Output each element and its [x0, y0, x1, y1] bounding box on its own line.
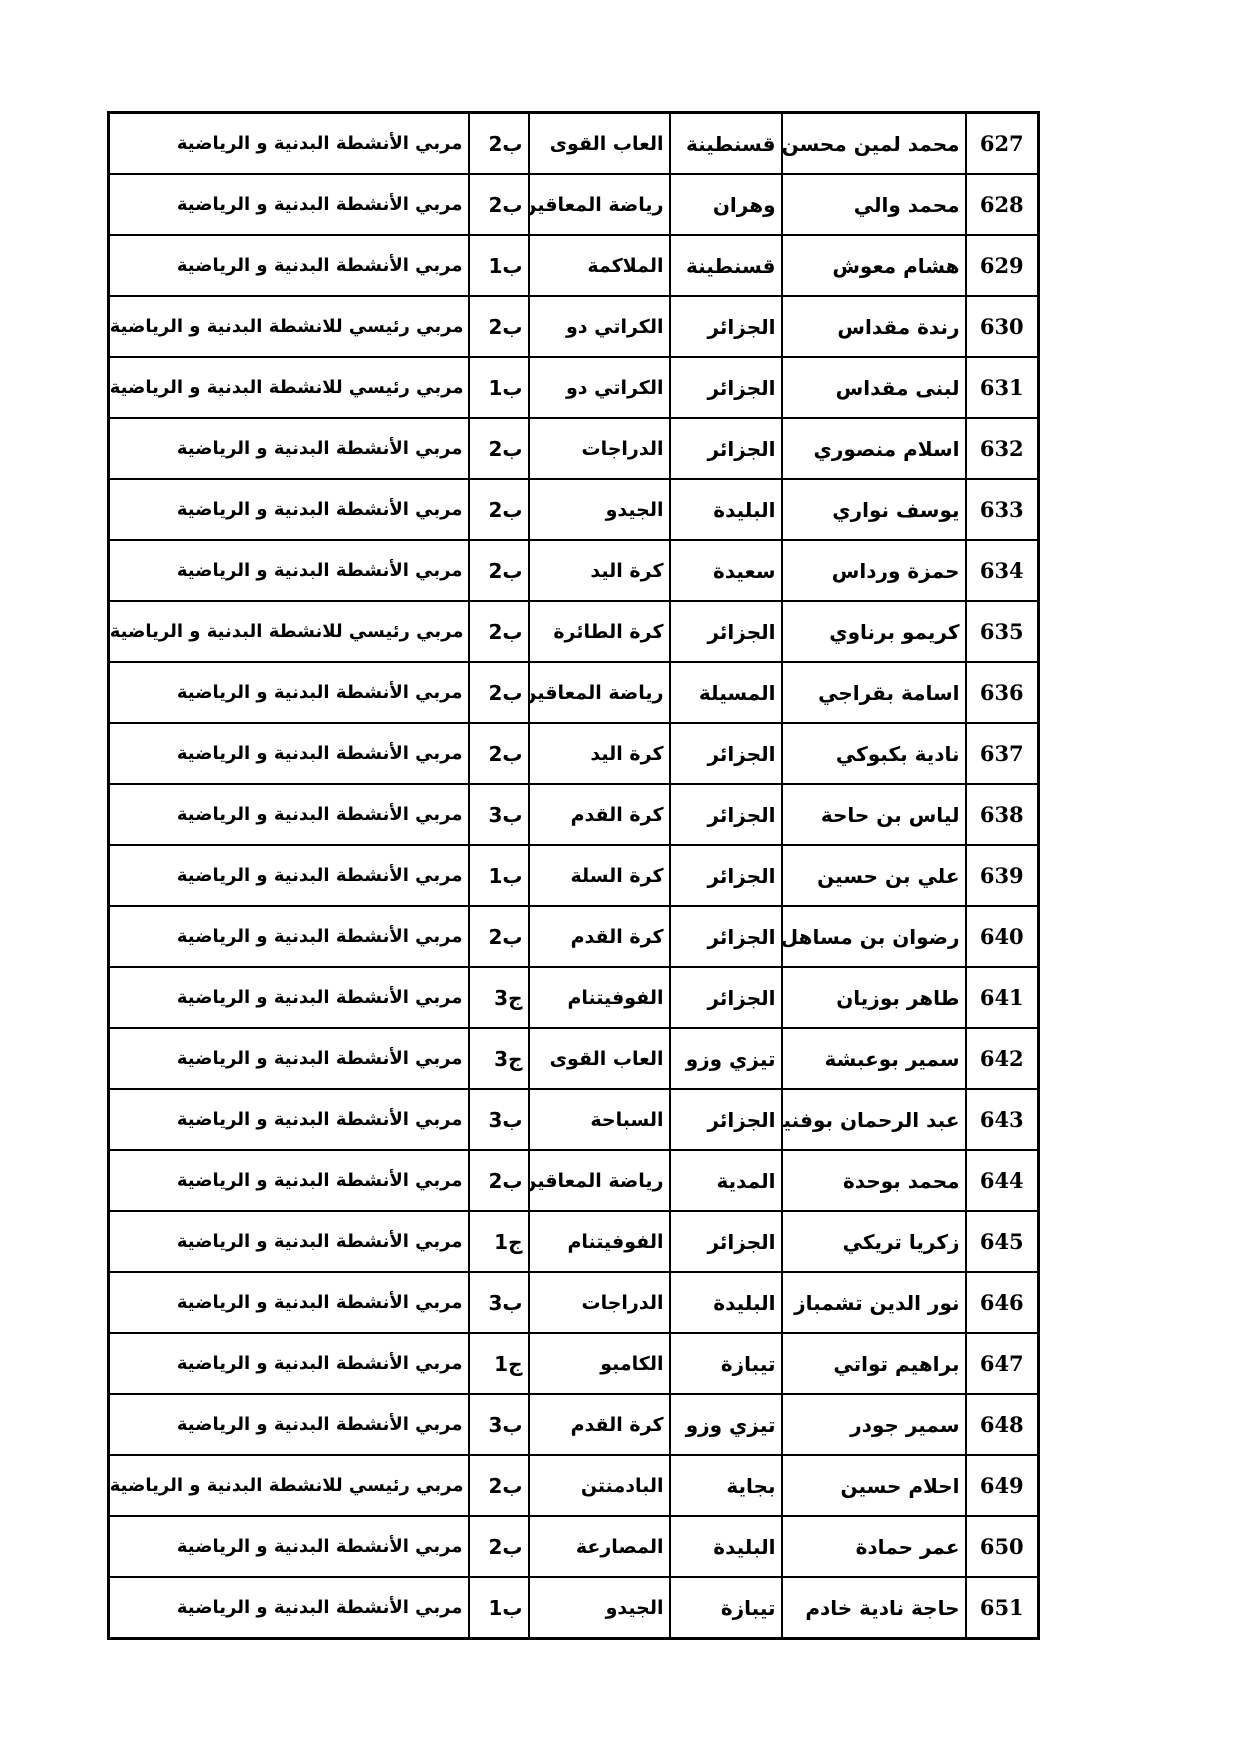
cell-grade: ج3: [469, 1028, 529, 1089]
cell-sport: رياضة المعاقين: [529, 1150, 670, 1211]
cell-wilaya: سعيدة: [670, 540, 782, 601]
cell-person-name: عمر حمادة: [782, 1516, 966, 1577]
cell-job-title: مربي الأنشطة البدنية و الرياضية: [109, 1211, 469, 1272]
cell-wilaya: قسنطينة: [670, 235, 782, 296]
cell-grade: ب1: [469, 235, 529, 296]
table-row: 637 نادية بكبوكي الجزائر كرة اليد ب2 مرب…: [109, 723, 1039, 784]
cell-person-name: محمد لمين محسن: [782, 113, 966, 175]
cell-grade: ب2: [469, 662, 529, 723]
cell-job-title: مربي الأنشطة البدنية و الرياضية: [109, 1577, 469, 1639]
cell-wilaya: البليدة: [670, 1272, 782, 1333]
cell-wilaya: تيزي وزو: [670, 1394, 782, 1455]
table-row: 634 حمزة ورداس سعيدة كرة اليد ب2 مربي ال…: [109, 540, 1039, 601]
cell-person-name: احلام حسين: [782, 1455, 966, 1516]
cell-job-title: مربي الأنشطة البدنية و الرياضية: [109, 540, 469, 601]
staff-records-table: 627 محمد لمين محسن قسنطينة العاب القوى ب…: [107, 111, 1040, 1640]
cell-record-number: 628: [966, 174, 1039, 235]
cell-wilaya: تيبازة: [670, 1577, 782, 1639]
cell-person-name: نور الدين تشمباز: [782, 1272, 966, 1333]
cell-record-number: 629: [966, 235, 1039, 296]
cell-record-number: 646: [966, 1272, 1039, 1333]
cell-record-number: 631: [966, 357, 1039, 418]
cell-job-title: مربي الأنشطة البدنية و الرياضية: [109, 174, 469, 235]
cell-job-title: مربي رئيسي للانشطة البدنية و الرياضية: [109, 601, 469, 662]
table-row: 629 هشام معوش قسنطينة الملاكمة ب1 مربي ا…: [109, 235, 1039, 296]
cell-job-title: مربي الأنشطة البدنية و الرياضية: [109, 967, 469, 1028]
cell-person-name: عبد الرحمان بوفنيك: [782, 1089, 966, 1150]
cell-grade: ج1: [469, 1211, 529, 1272]
cell-job-title: مربي الأنشطة البدنية و الرياضية: [109, 1394, 469, 1455]
cell-grade: ب2: [469, 601, 529, 662]
cell-person-name: يوسف نواري: [782, 479, 966, 540]
cell-sport: الكراتي دو: [529, 357, 670, 418]
table-row: 639 علي بن حسين الجزائر كرة السلة ب1 مرب…: [109, 845, 1039, 906]
cell-record-number: 638: [966, 784, 1039, 845]
cell-sport: العاب القوى: [529, 113, 670, 175]
table-row: 635 كريمو برناوي الجزائر كرة الطائرة ب2 …: [109, 601, 1039, 662]
table-row: 647 براهيم تواتي تيبازة الكامبو ج1 مربي …: [109, 1333, 1039, 1394]
cell-person-name: اسلام منصوري: [782, 418, 966, 479]
table-row: 642 سمير بوعبشة تيزي وزو العاب القوى ج3 …: [109, 1028, 1039, 1089]
cell-job-title: مربي الأنشطة البدنية و الرياضية: [109, 1150, 469, 1211]
cell-person-name: رضوان بن مساهل: [782, 906, 966, 967]
table-row: 631 لبنى مقداس الجزائر الكراتي دو ب1 مرب…: [109, 357, 1039, 418]
cell-sport: كرة الطائرة: [529, 601, 670, 662]
table-row: 646 نور الدين تشمباز البليدة الدراجات ب3…: [109, 1272, 1039, 1333]
cell-grade: ج3: [469, 967, 529, 1028]
table-row: 627 محمد لمين محسن قسنطينة العاب القوى ب…: [109, 113, 1039, 175]
cell-wilaya: الجزائر: [670, 1089, 782, 1150]
table-row: 650 عمر حمادة البليدة المصارعة ب2 مربي ا…: [109, 1516, 1039, 1577]
cell-sport: المصارعة: [529, 1516, 670, 1577]
cell-wilaya: البليدة: [670, 1516, 782, 1577]
cell-job-title: مربي الأنشطة البدنية و الرياضية: [109, 1028, 469, 1089]
cell-wilaya: وهران: [670, 174, 782, 235]
cell-grade: ب2: [469, 1455, 529, 1516]
cell-record-number: 627: [966, 113, 1039, 175]
cell-person-name: حمزة ورداس: [782, 540, 966, 601]
cell-job-title: مربي الأنشطة البدنية و الرياضية: [109, 662, 469, 723]
cell-person-name: سمير جودر: [782, 1394, 966, 1455]
table-row: 645 زكريا تريكي الجزائر الفوفيتنام ج1 مر…: [109, 1211, 1039, 1272]
cell-record-number: 643: [966, 1089, 1039, 1150]
cell-grade: ب1: [469, 357, 529, 418]
cell-grade: ب2: [469, 479, 529, 540]
cell-record-number: 630: [966, 296, 1039, 357]
cell-job-title: مربي الأنشطة البدنية و الرياضية: [109, 1516, 469, 1577]
cell-person-name: علي بن حسين: [782, 845, 966, 906]
cell-record-number: 649: [966, 1455, 1039, 1516]
cell-job-title: مربي الأنشطة البدنية و الرياضية: [109, 1089, 469, 1150]
table-row: 648 سمير جودر تيزي وزو كرة القدم ب3 مربي…: [109, 1394, 1039, 1455]
cell-person-name: زكريا تريكي: [782, 1211, 966, 1272]
cell-record-number: 637: [966, 723, 1039, 784]
cell-wilaya: الجزائر: [670, 1211, 782, 1272]
cell-wilaya: الجزائر: [670, 418, 782, 479]
cell-wilaya: الجزائر: [670, 967, 782, 1028]
table-row: 644 محمد بوحدة المدية رياضة المعاقين ب2 …: [109, 1150, 1039, 1211]
table-row: 636 اسامة بقراجي المسيلة رياضة المعاقين …: [109, 662, 1039, 723]
cell-grade: ب3: [469, 1272, 529, 1333]
cell-person-name: محمد بوحدة: [782, 1150, 966, 1211]
cell-wilaya: بجاية: [670, 1455, 782, 1516]
cell-sport: كرة اليد: [529, 540, 670, 601]
cell-record-number: 632: [966, 418, 1039, 479]
cell-wilaya: الجزائر: [670, 784, 782, 845]
cell-wilaya: الجزائر: [670, 296, 782, 357]
cell-wilaya: الجزائر: [670, 357, 782, 418]
cell-sport: البادمنتن: [529, 1455, 670, 1516]
cell-wilaya: تيزي وزو: [670, 1028, 782, 1089]
cell-sport: الفوفيتنام: [529, 1211, 670, 1272]
cell-person-name: كريمو برناوي: [782, 601, 966, 662]
cell-job-title: مربي الأنشطة البدنية و الرياضية: [109, 845, 469, 906]
cell-record-number: 636: [966, 662, 1039, 723]
cell-record-number: 648: [966, 1394, 1039, 1455]
cell-job-title: مربي الأنشطة البدنية و الرياضية: [109, 784, 469, 845]
cell-job-title: مربي رئيسي للانشطة البدنية و الرياضية: [109, 1455, 469, 1516]
cell-record-number: 645: [966, 1211, 1039, 1272]
cell-person-name: لبنى مقداس: [782, 357, 966, 418]
cell-person-name: اسامة بقراجي: [782, 662, 966, 723]
table-row: 630 رندة مقداس الجزائر الكراتي دو ب2 مرب…: [109, 296, 1039, 357]
cell-wilaya: المدية: [670, 1150, 782, 1211]
table-row: 649 احلام حسين بجاية البادمنتن ب2 مربي ر…: [109, 1455, 1039, 1516]
table-row: 640 رضوان بن مساهل الجزائر كرة القدم ب2 …: [109, 906, 1039, 967]
cell-record-number: 640: [966, 906, 1039, 967]
cell-record-number: 644: [966, 1150, 1039, 1211]
cell-job-title: مربي الأنشطة البدنية و الرياضية: [109, 723, 469, 784]
cell-wilaya: الجزائر: [670, 845, 782, 906]
cell-record-number: 650: [966, 1516, 1039, 1577]
cell-sport: الكامبو: [529, 1333, 670, 1394]
cell-person-name: نادية بكبوكي: [782, 723, 966, 784]
cell-wilaya: تيبازة: [670, 1333, 782, 1394]
cell-sport: الدراجات: [529, 1272, 670, 1333]
cell-grade: ج1: [469, 1333, 529, 1394]
cell-record-number: 647: [966, 1333, 1039, 1394]
cell-sport: الجيدو: [529, 479, 670, 540]
cell-grade: ب1: [469, 845, 529, 906]
cell-record-number: 634: [966, 540, 1039, 601]
cell-grade: ب1: [469, 1577, 529, 1639]
cell-grade: ب3: [469, 1089, 529, 1150]
document-page: 627 محمد لمين محسن قسنطينة العاب القوى ب…: [0, 0, 1241, 1755]
cell-person-name: حاجة نادية خادم: [782, 1577, 966, 1639]
cell-job-title: مربي الأنشطة البدنية و الرياضية: [109, 1272, 469, 1333]
cell-grade: ب2: [469, 113, 529, 175]
cell-wilaya: قسنطينة: [670, 113, 782, 175]
cell-grade: ب2: [469, 540, 529, 601]
cell-sport: كرة القدم: [529, 906, 670, 967]
cell-grade: ب2: [469, 174, 529, 235]
cell-sport: العاب القوى: [529, 1028, 670, 1089]
cell-sport: الكراتي دو: [529, 296, 670, 357]
cell-person-name: براهيم تواتي: [782, 1333, 966, 1394]
cell-person-name: لياس بن حاحة: [782, 784, 966, 845]
cell-sport: السباحة: [529, 1089, 670, 1150]
cell-record-number: 641: [966, 967, 1039, 1028]
table-row: 638 لياس بن حاحة الجزائر كرة القدم ب3 مر…: [109, 784, 1039, 845]
cell-wilaya: الجزائر: [670, 601, 782, 662]
cell-person-name: محمد والي: [782, 174, 966, 235]
cell-grade: ب2: [469, 1516, 529, 1577]
cell-record-number: 635: [966, 601, 1039, 662]
cell-job-title: مربي الأنشطة البدنية و الرياضية: [109, 1333, 469, 1394]
cell-sport: كرة اليد: [529, 723, 670, 784]
cell-sport: رياضة المعاقين: [529, 174, 670, 235]
cell-grade: ب2: [469, 1150, 529, 1211]
cell-sport: الفوفيتنام: [529, 967, 670, 1028]
table-row: 628 محمد والي وهران رياضة المعاقين ب2 مر…: [109, 174, 1039, 235]
cell-wilaya: المسيلة: [670, 662, 782, 723]
cell-person-name: هشام معوش: [782, 235, 966, 296]
cell-sport: الجيدو: [529, 1577, 670, 1639]
cell-sport: كرة القدم: [529, 1394, 670, 1455]
cell-sport: الدراجات: [529, 418, 670, 479]
cell-grade: ب2: [469, 723, 529, 784]
cell-sport: كرة السلة: [529, 845, 670, 906]
cell-job-title: مربي الأنشطة البدنية و الرياضية: [109, 113, 469, 175]
cell-job-title: مربي رئيسي للانشطة البدنية و الرياضية: [109, 296, 469, 357]
cell-job-title: مربي الأنشطة البدنية و الرياضية: [109, 906, 469, 967]
table-row: 643 عبد الرحمان بوفنيك الجزائر السباحة ب…: [109, 1089, 1039, 1150]
cell-job-title: مربي رئيسي للانشطة البدنية و الرياضية: [109, 357, 469, 418]
cell-job-title: مربي الأنشطة البدنية و الرياضية: [109, 479, 469, 540]
cell-wilaya: البليدة: [670, 479, 782, 540]
table-row: 633 يوسف نواري البليدة الجيدو ب2 مربي ال…: [109, 479, 1039, 540]
cell-sport: رياضة المعاقين: [529, 662, 670, 723]
cell-person-name: طاهر بوزيان: [782, 967, 966, 1028]
table-row: 641 طاهر بوزيان الجزائر الفوفيتنام ج3 مر…: [109, 967, 1039, 1028]
cell-wilaya: الجزائر: [670, 906, 782, 967]
cell-record-number: 633: [966, 479, 1039, 540]
cell-grade: ب2: [469, 906, 529, 967]
cell-grade: ب3: [469, 1394, 529, 1455]
cell-person-name: رندة مقداس: [782, 296, 966, 357]
table-row: 651 حاجة نادية خادم تيبازة الجيدو ب1 مرب…: [109, 1577, 1039, 1639]
cell-sport: الملاكمة: [529, 235, 670, 296]
cell-grade: ب3: [469, 784, 529, 845]
table-row: 632 اسلام منصوري الجزائر الدراجات ب2 مرب…: [109, 418, 1039, 479]
cell-grade: ب2: [469, 296, 529, 357]
cell-sport: كرة القدم: [529, 784, 670, 845]
cell-job-title: مربي الأنشطة البدنية و الرياضية: [109, 235, 469, 296]
table-body: 627 محمد لمين محسن قسنطينة العاب القوى ب…: [109, 113, 1039, 1639]
cell-record-number: 651: [966, 1577, 1039, 1639]
cell-person-name: سمير بوعبشة: [782, 1028, 966, 1089]
cell-record-number: 639: [966, 845, 1039, 906]
cell-wilaya: الجزائر: [670, 723, 782, 784]
cell-grade: ب2: [469, 418, 529, 479]
cell-job-title: مربي الأنشطة البدنية و الرياضية: [109, 418, 469, 479]
cell-record-number: 642: [966, 1028, 1039, 1089]
